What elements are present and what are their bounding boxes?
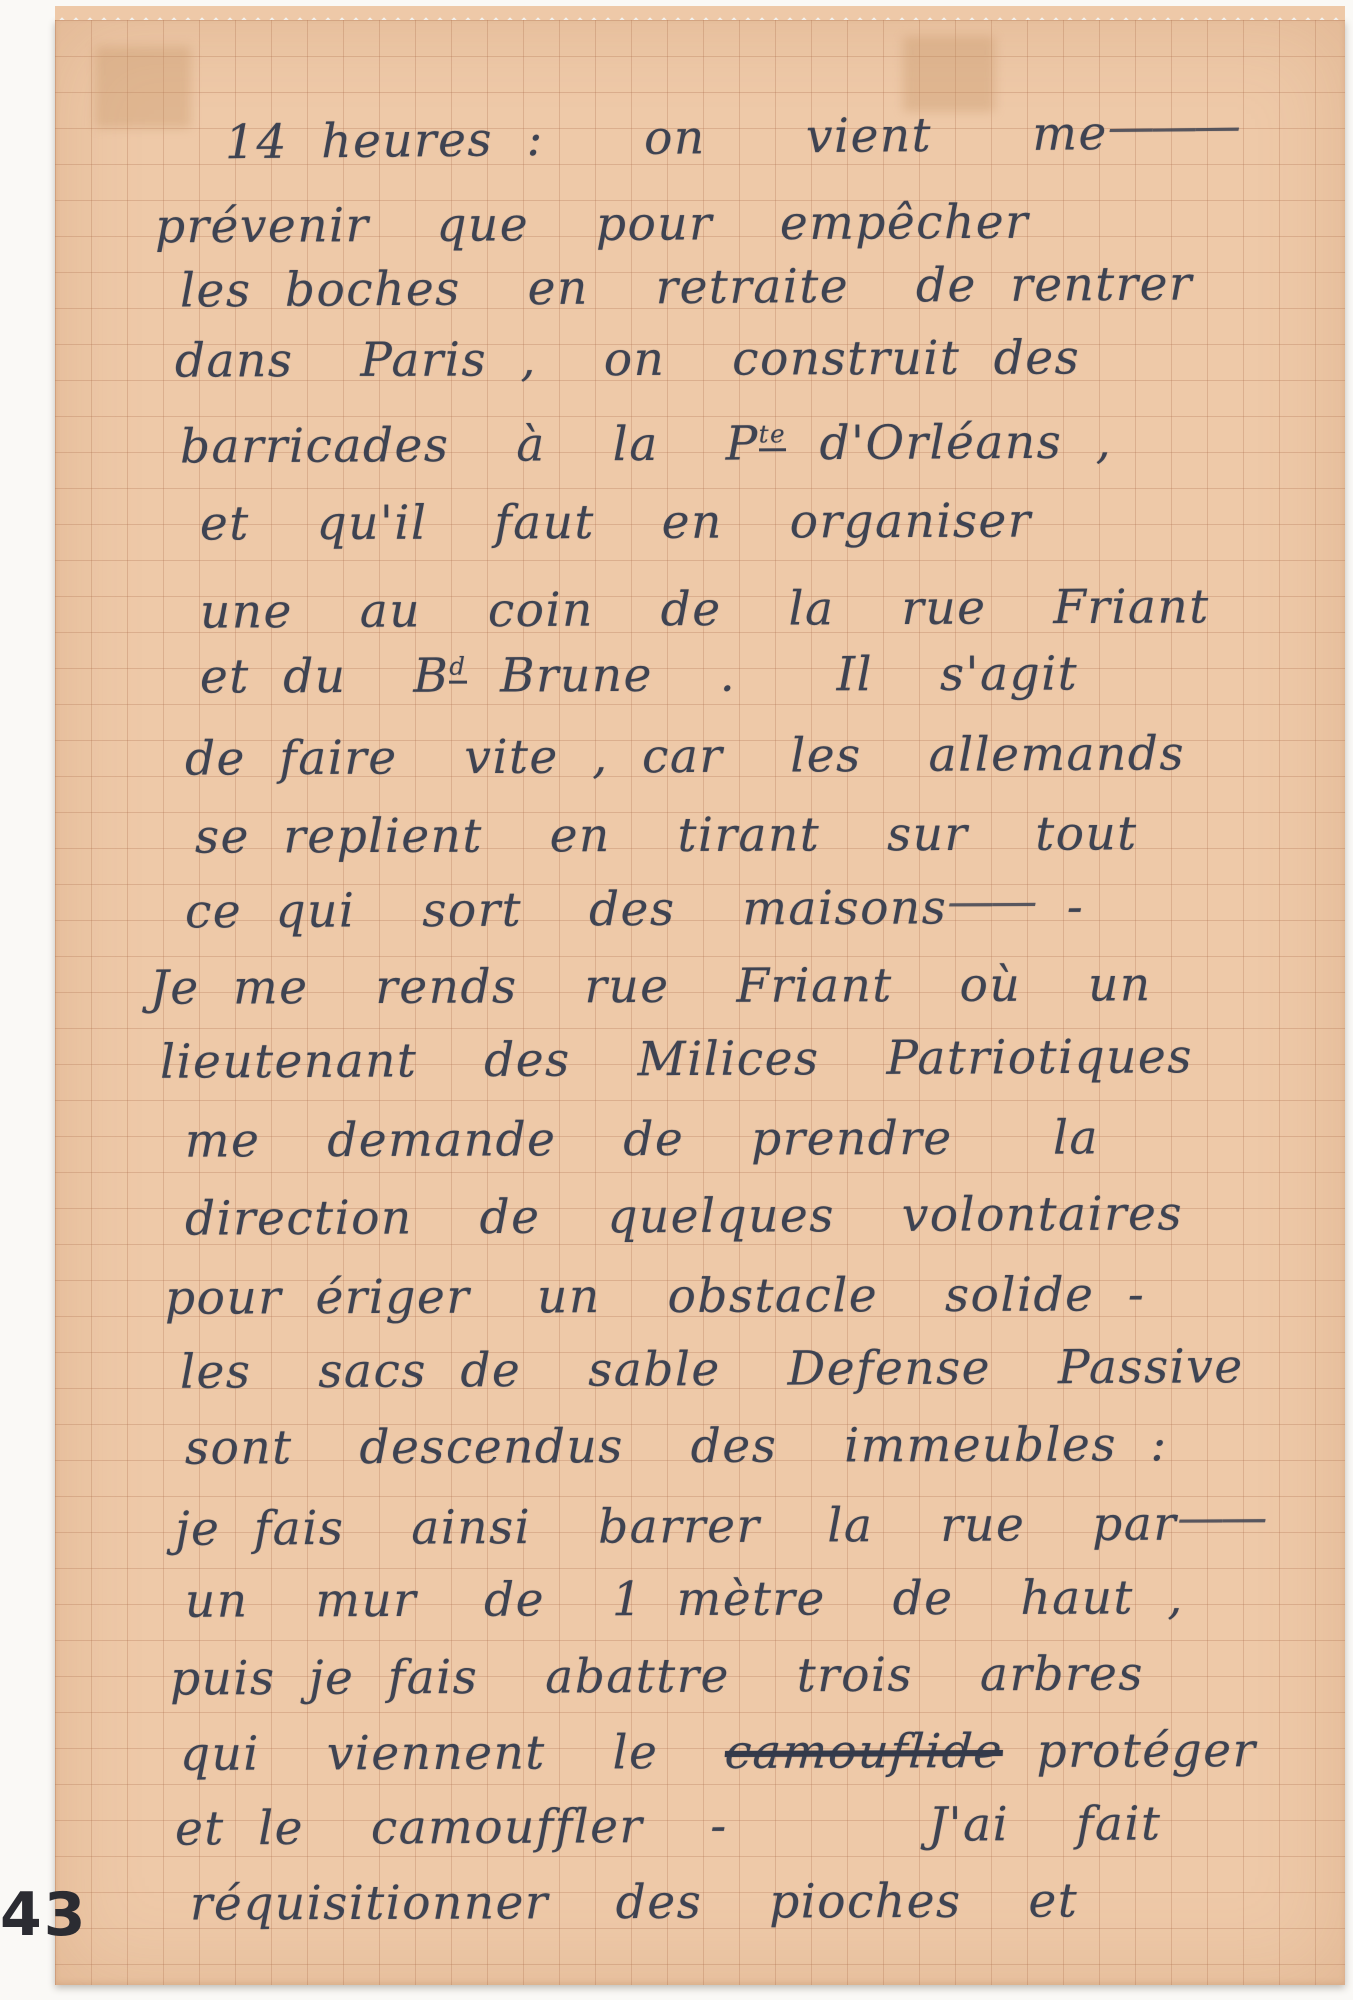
manuscript-line-14: me demande de prendre la: [185, 1098, 1099, 1181]
text-segment: un mur de 1 mètre de haut ,: [185, 1570, 1184, 1628]
text-segment: qui viennent le: [180, 1725, 725, 1782]
manuscript-line-15: direction de quelques volontaires: [185, 1174, 1183, 1259]
text-segment: ce qui sort des maisons: [185, 880, 948, 939]
text-segment: dans Paris , on construit des: [175, 330, 1080, 388]
struck-word: camouflide: [723, 1712, 1006, 1793]
manuscript-line-12: Je me rends rue Friant où un: [150, 945, 1152, 1028]
manuscript-line-1: 14 heures : on vient me———: [225, 93, 1238, 184]
superscript: te: [759, 420, 786, 452]
manuscript-line-13: lieutenant des Milices Patriotiques: [160, 1017, 1193, 1102]
text-segment: d'Orléans ,: [786, 415, 1112, 472]
torn-edge: [55, 6, 1345, 20]
text-segment: Brune . Il s'agit: [466, 646, 1078, 703]
scanned-manuscript-photo: 14 heures : on vient me———prévenir que p…: [0, 0, 1353, 2000]
text-segment: me demande de prendre la: [185, 1110, 1099, 1168]
text-segment: et qu'il faut en organiser: [200, 494, 1032, 552]
text-segment: lieutenant des Milices Patriotiques: [160, 1029, 1193, 1089]
manuscript-line-6: et qu'il faut en organiser: [200, 482, 1032, 565]
text-segment: Je me rends rue Friant où un: [150, 957, 1152, 1015]
text-segment: et le camouffler - J'ai fait: [175, 1796, 1162, 1856]
text-segment: réquisitionner des pioches et: [190, 1873, 1078, 1931]
pen-flourish: ——: [947, 862, 1033, 942]
page-number: 43: [0, 1880, 88, 1950]
superscript: d: [449, 652, 466, 684]
manuscript-line-23: et le camouffler - J'ai fait: [175, 1784, 1162, 1869]
manuscript-line-11: ce qui sort des maisons—— -: [185, 868, 1085, 953]
manuscript-line-17: les sacs de sable Defense Passive: [180, 1327, 1244, 1413]
text-segment: je fais ainsi barrer la rue par: [175, 1497, 1178, 1557]
manuscript-line-9: de faire vite , car les allemands: [185, 714, 1185, 799]
manuscript-line-24: réquisitionner des pioches et: [190, 1861, 1078, 1944]
text-segment: puis je fais abattre trois arbres: [170, 1646, 1144, 1706]
text-segment: direction de quelques volontaires: [185, 1186, 1183, 1246]
text-segment: sont descendus des immeubles :: [185, 1417, 1168, 1475]
manuscript-line-20: un mur de 1 mètre de haut ,: [185, 1558, 1184, 1641]
text-segment: une au coin de la rue Friant: [200, 579, 1210, 639]
text-segment: de faire vite , car les allemands: [185, 726, 1185, 786]
manuscript-line-5: barricades à la Pte d'Orléans ,: [180, 403, 1113, 488]
manuscript-line-22: qui viennent le camouflide protéger: [180, 1711, 1257, 1795]
manuscript-line-19: je fais ainsi barrer la rue par——: [175, 1484, 1264, 1570]
text-segment: 14 heures : on vient me: [225, 106, 1108, 170]
manuscript-line-16: pour ériger un obstacle solide -: [165, 1255, 1145, 1338]
pen-flourish: ——: [1177, 1478, 1263, 1558]
tape-residue-left: [95, 46, 191, 128]
manuscript-line-18: sont descendus des immeubles :: [185, 1405, 1168, 1488]
text-segment: les boches en retraite de rentrer: [180, 256, 1193, 318]
text-segment: les sacs de sable Defense Passive: [180, 1339, 1244, 1400]
text-segment: se replient en tirant sur tout: [195, 806, 1138, 864]
text-segment: prévenir que pour empêcher: [155, 195, 1029, 255]
manuscript-line-4: dans Paris , on construit des: [175, 318, 1081, 401]
text-segment: barricades à la P: [180, 416, 759, 474]
text-segment: -: [1033, 880, 1084, 935]
text-segment: protéger: [1003, 1723, 1257, 1779]
manuscript-line-8: et du Bd Brune . Il s'agit: [200, 634, 1078, 717]
text-segment: pour ériger un obstacle solide -: [165, 1267, 1145, 1325]
text-segment: et du B: [200, 649, 450, 705]
pen-flourish: ———: [1107, 87, 1237, 168]
manuscript-line-21: puis je fais abattre trois arbres: [170, 1634, 1144, 1719]
manuscript-paper: 14 heures : on vient me———prévenir que p…: [55, 20, 1345, 1985]
